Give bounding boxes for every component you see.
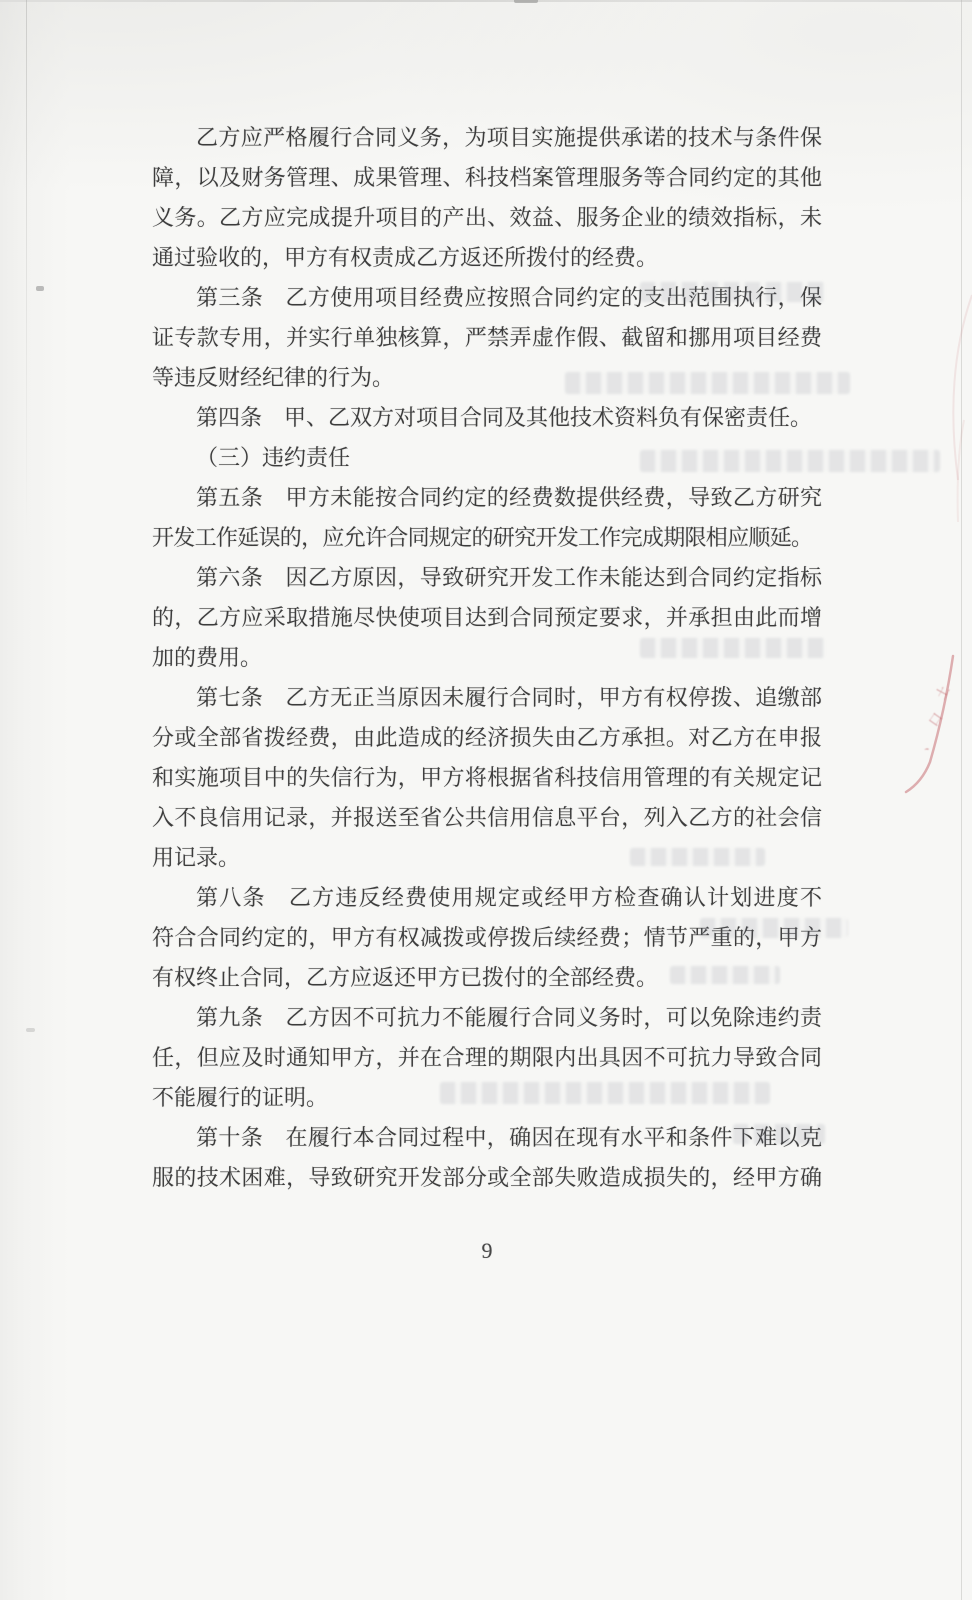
contract-text-line: 第六条 因乙方原因，导致研究开发工作未能达到合同约定指标 xyxy=(152,558,822,598)
paper-left-edge xyxy=(26,0,27,540)
contract-text-line: 第十条 在履行本合同过程中，确因在现有水平和条件下难以克 xyxy=(152,1118,822,1158)
contract-text-line: 通过验收的，甲方有权责成乙方返还所拨付的经费。 xyxy=(152,238,822,278)
contract-text-line: 第五条 甲方未能按合同约定的经费数提供经费，导致乙方研究 xyxy=(152,478,822,518)
bleedthrough-smudge xyxy=(640,282,825,302)
contract-text-line: 证专款专用，并实行单独核算，严禁弄虚作假、截留和挪用项目经费 xyxy=(152,318,822,358)
contract-text-block: 乙方应严格履行合同义务，为项目实施提供承诺的技术与条件保障，以及财务管理、成果管… xyxy=(152,118,822,1198)
contract-text-line: 第九条 乙方因不可抗力不能履行合同义务时，可以免除违约责 xyxy=(152,998,822,1038)
scan-top-edge xyxy=(0,0,972,2)
scan-speck xyxy=(36,286,44,291)
scan-speck xyxy=(26,1028,35,1032)
scan-top-notch xyxy=(514,0,538,3)
contract-text-line: 义务。乙方应完成提升项目的产出、效益、服务企业的绩效指标，未 xyxy=(152,198,822,238)
bleedthrough-smudge xyxy=(440,1082,770,1104)
bleedthrough-smudge xyxy=(700,918,848,938)
red-seal-fragment-arcs xyxy=(860,260,972,830)
page-number: 9 xyxy=(152,1240,822,1262)
contract-text-line: 任，但应及时通知甲方，并在合理的期限内出具因不可抗力导致合同 xyxy=(152,1038,822,1078)
bleedthrough-smudge xyxy=(670,966,780,984)
contract-text-line: 和实施项目中的失信行为，甲方将根据省科技信用管理的有关规定记 xyxy=(152,758,822,798)
contract-page: 乙方应严格履行合同义务，为项目实施提供承诺的技术与条件保障，以及财务管理、成果管… xyxy=(0,0,972,1600)
bleedthrough-smudge xyxy=(565,372,850,394)
contract-text-line: 入不良信用记录，并报送至省公共信用信息平台，列入乙方的社会信 xyxy=(152,798,822,838)
contract-text-line: 乙方应严格履行合同义务，为项目实施提供承诺的技术与条件保 xyxy=(152,118,822,158)
scanned-document: { "document": { "lines": [ {"text":"乙方应严… xyxy=(0,0,972,1600)
contract-text-line: 第七条 乙方无正当原因未履行合同时，甲方有权停拨、追缴部 xyxy=(152,678,822,718)
bleedthrough-smudge xyxy=(640,638,825,658)
bleedthrough-smudge xyxy=(733,1124,825,1144)
contract-text-line: 分或全部省拨经费，由此造成的经济损失由乙方承担。对乙方在申报 xyxy=(152,718,822,758)
contract-text-line: 障，以及财务管理、成果管理、科技档案管理服务等合同约定的其他 xyxy=(152,158,822,198)
contract-text-line: 开发工作延误的，应允许合同规定的研究开发工作完成期限相应顺延。 xyxy=(152,518,822,558)
contract-text-line: 服的技术困难，导致研究开发部分或全部失败造成损失的，经甲方确 xyxy=(152,1158,822,1198)
contract-text-line: 第八条 乙方违反经费使用规定或经甲方检查确认计划进度不 xyxy=(152,878,822,918)
bleedthrough-smudge xyxy=(630,848,765,866)
contract-text-line: 的，乙方应采取措施尽快使项目达到合同预定要求，并承担由此而增 xyxy=(152,598,822,638)
contract-text-line: 第四条 甲、乙双方对项目合同及其他技术资料负有保密责任。 xyxy=(152,398,822,438)
